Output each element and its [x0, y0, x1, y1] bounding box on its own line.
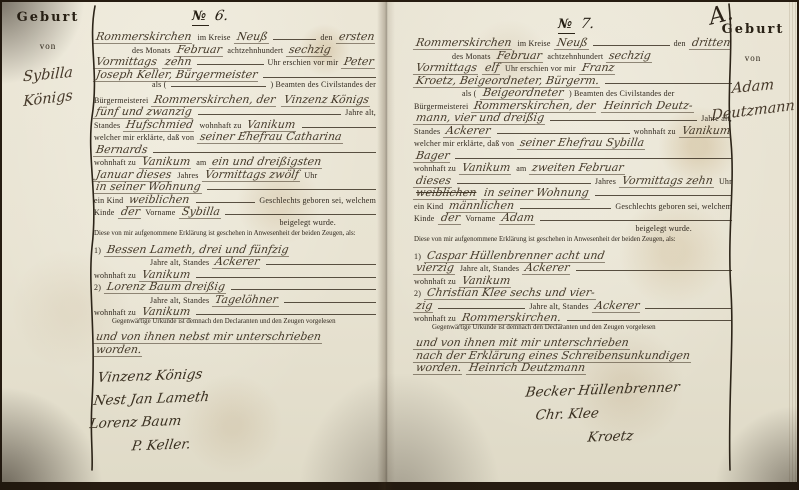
handwritten-entry: fünf und zwanzig: [93, 105, 195, 119]
printed-form-text: Diese von mir aufgenommene Erklärung ist…: [94, 230, 356, 237]
blank-rule: [196, 314, 376, 315]
printed-form-text: wohnhaft zu: [199, 121, 241, 130]
signature: Chr. Klee: [534, 403, 680, 424]
printed-form-text: Uhr: [304, 171, 317, 180]
form-line: VormittagszehnUhr erschien vor mirPeter: [94, 55, 376, 68]
blank-rule: [457, 183, 591, 184]
form-line: wohnhaft zuVanikum: [414, 274, 732, 287]
printed-form-text: wohnhaft zu: [414, 314, 456, 323]
signature: Becker Hüllenbrenner: [524, 379, 680, 400]
printed-form-text: wohnhaft zu: [634, 127, 676, 136]
record-number-value: 6.: [214, 8, 230, 24]
handwritten-entry: worden.: [413, 361, 465, 375]
printed-form-text: Vorname: [145, 208, 175, 217]
handwritten-entry: Adam: [498, 211, 536, 225]
form-line: Diese von mir aufgenommene Erklärung ist…: [414, 236, 732, 249]
handwritten-entry: und von ihnen nebst mir unterschrieben: [93, 330, 324, 344]
handwritten-entry: Vormittags: [93, 55, 160, 69]
form-line: wohnhaft zuRommerskirchen.: [414, 311, 732, 324]
printed-form-text: Uhr: [719, 177, 732, 186]
form-line: Rommerskirchenim KreiseNeußdendritten: [414, 36, 732, 49]
printed-form-text: Geschlechts geboren sei, welchem: [259, 196, 376, 205]
blank-rule: [455, 158, 732, 159]
handwritten-entry: Ackerer: [522, 261, 573, 275]
printed-form-text: Jahres: [595, 177, 616, 186]
blank-rule: [540, 220, 733, 221]
printed-form-text: wohnhaft zu: [94, 271, 136, 280]
handwritten-entry: Ackerer: [592, 299, 643, 313]
registry-book-spread: Geburt von Sybilla Königs № 6. Rommerski…: [0, 0, 799, 490]
form-line: und von ihnen nebst mir unterschrieben: [94, 330, 376, 343]
handwritten-entry: Vormittags zwölf: [201, 168, 301, 182]
blank-rule: [567, 320, 732, 321]
blank-rule: [231, 289, 376, 290]
form-line: Jahre alt, StandesTagelöhner: [94, 293, 376, 306]
form-line: ein KindmännlichenGeschlechts geboren se…: [414, 199, 732, 212]
handwritten-entry: seiner Ehefrau Catharina: [197, 130, 345, 144]
handwritten-entry: Rommerskirchen: [413, 36, 515, 50]
form-line: Joseph Keller, Bürgermeister: [94, 68, 376, 81]
margin-title-geburt: Geburt: [6, 10, 90, 25]
handwritten-entry: in seiner Wohnung: [93, 180, 204, 194]
handwritten-entry: zehn: [162, 55, 195, 69]
margin-child-firstname: Sybilla: [6, 63, 91, 86]
blank-rule: [520, 208, 611, 209]
blank-rule: [196, 277, 376, 278]
form-line: Bager: [414, 149, 732, 162]
form-line: Diese von mir aufgenommene Erklärung ist…: [94, 230, 376, 243]
handwritten-entry: Vanikum: [139, 305, 193, 319]
handwritten-entry: Beigeordneter: [479, 86, 566, 100]
printed-form-text: des Monats: [132, 46, 171, 55]
printed-form-text: beigelegt wurde.: [635, 224, 692, 233]
form-line: 2)Lorenz Baum dreißig: [94, 280, 376, 293]
handwritten-entry: der: [117, 205, 142, 219]
form-line: Gegenwärtige Urkunde ist demnach den Dec…: [94, 318, 376, 331]
printed-form-text: Jahre alt, Standes: [150, 258, 209, 267]
handwritten-entry: Bessen Lameth, drei und fünfzig: [104, 243, 292, 257]
blank-rule: [273, 39, 316, 40]
form-line: VormittagselfUhr erschien vor mirFranz: [414, 61, 732, 74]
form-line: BürgermeistereiRommerskirchen, derVinzen…: [94, 93, 376, 106]
blank-rule: [550, 120, 697, 121]
signature: Vinzenz Königs: [97, 366, 211, 386]
blank-rule: [595, 195, 732, 196]
printed-form-text: am: [196, 158, 206, 167]
blank-rule: [645, 308, 732, 309]
form-body: Rommerskirchenim KreiseNeußdendrittendes…: [414, 36, 732, 374]
handwritten-entry: Vanikum: [139, 155, 193, 169]
form-line: Rommerskirchenim KreiseNeußdenersten: [94, 30, 376, 43]
handwritten-entry: ein und dreißigsten: [209, 155, 324, 169]
register-page-left: Geburt von Sybilla Königs № 6. Rommerski…: [2, 2, 386, 482]
form-line: 2)Christian Klee sechs und vier-: [414, 286, 732, 299]
form-line: worden.: [94, 343, 376, 356]
handwritten-entry: seiner Ehefrau Sybilla: [517, 136, 647, 150]
printed-form-text: achtzehnhundert: [227, 46, 283, 55]
printed-form-text: den: [674, 39, 686, 48]
handwritten-entry: Joseph Keller, Bürgermeister: [93, 68, 261, 82]
handwritten-entry: dritten: [689, 36, 733, 50]
handwritten-entry: zig: [413, 299, 436, 313]
numero-sign: №: [192, 9, 209, 26]
printed-form-text: Kinde: [94, 208, 115, 217]
blank-rule: [197, 64, 263, 65]
signature-block: Vinzenz KönigsNest Jan LamethLorenz Baum…: [98, 368, 209, 460]
printed-form-text: wohnhaft zu: [414, 164, 456, 173]
printed-form-text: Standes: [94, 121, 120, 130]
printed-form-text: Vorname: [465, 214, 495, 223]
handwritten-entry: Vormittags zehn: [619, 174, 716, 188]
handwritten-entry: Sybilla: [178, 205, 222, 219]
form-line: nach der Erklärung eines Schreibensunkun…: [414, 349, 732, 362]
printed-form-text: 1): [414, 252, 421, 261]
handwritten-entry: Lorenz Baum dreißig: [104, 280, 228, 294]
printed-form-text: Jahre alt,: [345, 108, 376, 117]
blank-rule: [153, 152, 376, 153]
printed-form-text: ein Kind: [414, 202, 443, 211]
margin-title-geburt: Geburt: [711, 22, 795, 37]
printed-form-text: als (: [462, 89, 477, 98]
form-line: Gegenwärtige Urkunde ist demnach den Dec…: [414, 324, 732, 337]
handwritten-entry: Rommerskirchen: [93, 30, 195, 44]
signature: Kroetz: [587, 426, 681, 445]
form-line: KindederVornameAdam: [414, 211, 732, 224]
handwritten-entry: vierzig: [413, 261, 457, 275]
form-line: ein KindweiblichenGeschlechts geboren se…: [94, 193, 376, 206]
handwritten-entry: Peter: [341, 55, 377, 69]
printed-form-text: Jahre alt, Standes: [529, 302, 588, 311]
blank-rule: [196, 202, 256, 203]
handwritten-entry: Vanikum: [679, 124, 733, 138]
handwritten-entry: Vormittags: [413, 61, 480, 75]
blank-rule: [284, 302, 376, 303]
printed-form-text: am: [516, 164, 526, 173]
blank-rule: [225, 214, 376, 215]
form-line: Bernards: [94, 143, 376, 156]
printed-form-text: Uhr erschien vor mir: [505, 64, 576, 73]
printed-form-text: achtzehnhundert: [547, 52, 603, 61]
handwritten-entry: Neuß: [553, 36, 590, 50]
printed-form-text: Bürgermeisterei: [94, 96, 148, 105]
form-line: beigelegt wurde.: [414, 224, 732, 237]
margin-child-surname: Königs: [6, 86, 90, 112]
record-number: № 6.: [192, 8, 229, 26]
form-line: zigJahre alt, StandesAckerer: [414, 299, 732, 312]
printed-form-text: Geschlechts geboren sei, welchem: [615, 202, 732, 211]
handwritten-entry: worden.: [93, 343, 145, 357]
signature: Lorenz Baum: [89, 412, 211, 432]
handwritten-entry: Heinrich Deutzmann: [466, 361, 588, 375]
printed-form-text: Standes: [414, 127, 440, 136]
printed-form-text: Jahre alt,: [701, 114, 732, 123]
signature-block: Becker HüllenbrennerChr. KleeKroetz: [526, 382, 679, 451]
printed-form-text: ) Beamten des Civilstandes der: [270, 80, 376, 89]
printed-form-text: 2): [94, 283, 101, 292]
handwritten-entry: Bager: [413, 149, 453, 163]
handwritten-entry: weiblichen: [413, 186, 480, 200]
handwritten-entry: und von ihnen mit mir unterschrieben: [413, 336, 632, 350]
blank-rule: [263, 77, 376, 78]
handwritten-entry: Vanikum: [459, 161, 513, 175]
printed-form-text: 2): [414, 289, 421, 298]
handwritten-entry: Tagelöhner: [212, 293, 281, 307]
form-line: wohnhaft zuVanikumamzweiten Februar: [414, 161, 732, 174]
printed-form-text: den: [320, 33, 332, 42]
blank-rule: [171, 86, 267, 87]
printed-form-text: Jahre alt, Standes: [150, 296, 209, 305]
blank-rule: [438, 308, 525, 309]
form-line: des MonatsFebruarachtzehnhundertsechzig: [414, 49, 732, 62]
blank-rule: [605, 83, 732, 84]
left-margin-column: Geburt von Sybilla Königs: [6, 10, 90, 107]
form-line: des MonatsFebruarachtzehnhundertsechzig: [94, 43, 376, 56]
form-body: Rommerskirchenim KreiseNeußdenerstendes …: [94, 30, 376, 355]
form-line: StandesAckererwohnhaft zuVanikum: [414, 124, 732, 137]
form-line: Kroetz, Beigeordneter, Bürgerm.: [414, 74, 732, 87]
margin-preposition: von: [6, 41, 90, 51]
printed-form-text: Bürgermeisterei: [414, 102, 468, 111]
register-page-right: A. Geburt von Adam Deutzmann № 7. Rommer…: [386, 2, 797, 482]
printed-form-text: welcher mir erklärte, daß von: [414, 139, 514, 148]
handwritten-entry: der: [437, 211, 462, 225]
printed-form-text: wohnhaft zu: [94, 158, 136, 167]
printed-form-text: welcher mir erklärte, daß von: [94, 133, 194, 142]
blank-rule: [576, 270, 732, 271]
handwritten-entry: Franz: [579, 61, 618, 75]
form-line: StandesHufschmiedwohnhaft zuVanikum: [94, 118, 376, 131]
printed-form-text: beigelegt wurde.: [279, 218, 336, 227]
printed-form-text: Jahres: [177, 171, 198, 180]
handwritten-entry: Rommerskirchen.: [459, 311, 564, 325]
form-line: beigelegt wurde.: [94, 218, 376, 231]
printed-form-text: im Kreise: [197, 33, 230, 42]
handwritten-entry: Ackerer: [443, 124, 494, 138]
handwritten-entry: sechzig: [286, 43, 334, 57]
record-number-value: 7.: [580, 16, 596, 32]
printed-form-text: 1): [94, 246, 101, 255]
printed-form-text: ) Beamten des Civilstandes der: [569, 89, 675, 98]
printed-form-text: im Kreise: [517, 39, 550, 48]
handwritten-entry: elf: [482, 61, 502, 75]
handwritten-entry: mann, vier und dreißig: [413, 111, 547, 125]
blank-rule: [198, 114, 341, 115]
handwritten-entry: Hufschmied: [123, 118, 196, 132]
printed-form-text: Jahre alt, Standes: [460, 264, 519, 273]
blank-rule: [207, 189, 376, 190]
record-number: № 7.: [558, 16, 595, 34]
printed-form-text: Uhr erschien vor mir: [268, 58, 339, 67]
handwritten-entry: Ackerer: [212, 255, 263, 269]
handwritten-entry: Vinzenz Königs: [281, 93, 372, 107]
blank-rule: [302, 127, 376, 128]
handwritten-entry: ersten: [335, 30, 377, 44]
blank-rule: [593, 45, 669, 46]
form-line: KindederVornameSybilla: [94, 205, 376, 218]
printed-form-text: wohnhaft zu: [94, 308, 136, 317]
blank-rule: [266, 264, 376, 265]
form-line: BürgermeistereiRommerskirchen, derHeinri…: [414, 99, 732, 112]
handwritten-entry: Neuß: [233, 30, 270, 44]
form-line: 1)Caspar Hüllenbrenner acht und: [414, 249, 732, 262]
handwritten-entry: Christian Klee sechs und vier-: [424, 286, 598, 300]
handwritten-entry: in seiner Wohnung: [481, 186, 592, 200]
signature: P. Keller.: [131, 436, 211, 455]
printed-form-text: Diese von mir aufgenommene Erklärung ist…: [414, 236, 676, 243]
form-line: 1)Bessen Lameth, drei und fünfzig: [94, 243, 376, 256]
form-line: Januar diesesJahresVormittags zwölfUhr: [94, 168, 376, 181]
form-line: und von ihnen mit mir unterschrieben: [414, 336, 732, 349]
form-line: diesesJahresVormittags zehnUhr: [414, 174, 732, 187]
printed-form-text: Kinde: [414, 214, 435, 223]
printed-form-text: ein Kind: [94, 196, 123, 205]
signature: Nest Jan Lameth: [93, 389, 211, 409]
numero-sign: №: [558, 17, 575, 34]
blank-rule: [497, 133, 630, 134]
printed-form-text: wohnhaft zu: [414, 277, 456, 286]
handwritten-entry: Heinrich Deutz-: [601, 99, 696, 113]
printed-form-text: des Monats: [452, 52, 491, 61]
form-line: wohnhaft zuVanikum: [94, 268, 376, 281]
handwritten-entry: zweiten Februar: [529, 161, 627, 175]
